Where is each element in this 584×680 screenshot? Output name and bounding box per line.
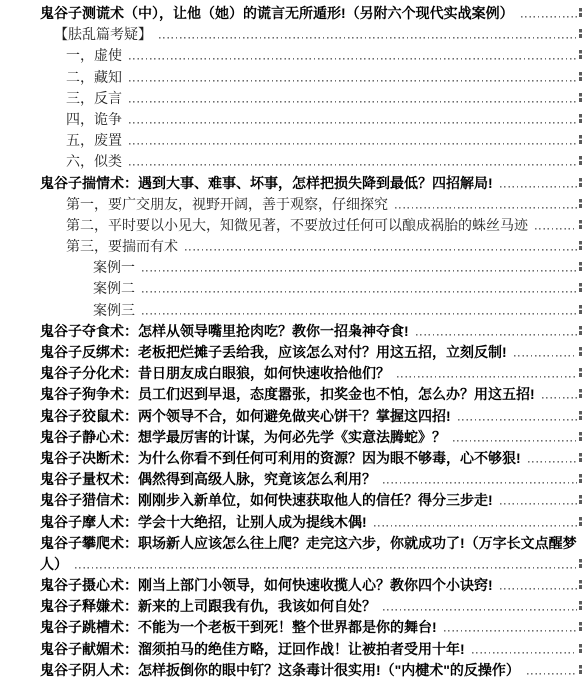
dot-leader bbox=[374, 512, 577, 533]
dot-leader bbox=[527, 660, 577, 680]
dot-leader bbox=[397, 363, 577, 384]
dot-leader bbox=[383, 596, 577, 617]
dot-leader bbox=[129, 130, 577, 151]
page-number-fragment bbox=[579, 135, 582, 144]
page-number-fragment bbox=[579, 644, 582, 653]
dot-leader bbox=[514, 342, 577, 363]
toc-entry[interactable]: 鬼谷子跳槽术：不能为一个老板干到死！整个世界都是你的舞台! bbox=[40, 617, 582, 638]
toc-entry[interactable]: 【胠乱篇考疑】 bbox=[40, 24, 582, 45]
dot-leader bbox=[129, 45, 577, 66]
page-number-fragment bbox=[579, 72, 582, 81]
toc-entry[interactable]: 鬼谷子释嫌术：新来的上司跟我有仇，我该如何自处？ bbox=[40, 596, 582, 617]
toc-entry-label: 人） bbox=[40, 554, 68, 575]
toc-entry[interactable]: 鬼谷子阴人术：怎样扳倒你的眼中钉？这条毒计很实用!（"内楗术"的反操作） bbox=[40, 660, 582, 680]
page-number-fragment bbox=[579, 368, 582, 377]
toc-entry-label: 鬼谷子献媚术：溜须拍马的绝佳方略，迂回作战！让被拍者受用十年! bbox=[40, 639, 465, 660]
dot-leader bbox=[129, 88, 577, 109]
dot-leader bbox=[383, 469, 577, 490]
page-number-fragment bbox=[579, 432, 582, 441]
dot-leader bbox=[159, 24, 577, 45]
toc-entry[interactable]: 一，虚使 bbox=[40, 45, 582, 66]
toc-entry[interactable]: 三，反言 bbox=[40, 88, 582, 109]
toc-entry-label: 鬼谷子猎信术：刚刚步入新单位，如何快速获取他人的信任？得分三步走! bbox=[40, 490, 493, 511]
toc-entry-label: 鬼谷子决断术：为什么你看不到任何可利用的资源？因为眼不够毒，心不够狠! bbox=[40, 448, 521, 469]
page-number-fragment bbox=[579, 453, 582, 462]
toc-entry[interactable]: 鬼谷子摄心术：刚当上部门小领导，如何快速收揽人心？教你四个小诀窍! bbox=[40, 575, 582, 596]
dot-leader bbox=[528, 448, 577, 469]
toc-entry-label: 鬼谷子狗争术：员工们迟到早退，态度嚣张，扣奖金也不怕，怎么办？用这五招! bbox=[40, 384, 535, 405]
dot-leader bbox=[500, 490, 577, 511]
page-number-fragment bbox=[579, 326, 582, 335]
page-number-fragment bbox=[579, 50, 582, 59]
dot-leader bbox=[444, 617, 577, 638]
toc-entry-label: 一，虚使 bbox=[66, 45, 122, 66]
dot-leader bbox=[142, 278, 577, 299]
toc-entry-label: 鬼谷子夺食术：怎样从领导嘴里抢肉吃？教你一招枭神夺食! bbox=[40, 321, 409, 342]
dot-leader bbox=[500, 173, 577, 194]
toc-entry[interactable]: 六，似类 bbox=[40, 151, 582, 172]
toc-entry[interactable]: 第一，要广交朋友，视野开阔，善于观察，仔细探究 bbox=[40, 194, 582, 215]
toc-entry-label: 鬼谷子阴人术：怎样扳倒你的眼中钉？这条毒计很实用!（"内楗术"的反操作） bbox=[40, 660, 520, 680]
toc-entry-label: 鬼谷子狡鼠术：两个领导不合，如何避免做夹心饼干？掌握这四招! bbox=[40, 406, 451, 427]
toc-entry-label: 二，藏知 bbox=[66, 67, 122, 88]
toc-entry[interactable]: 鬼谷子献媚术：溜须拍马的绝佳方略，迂回作战！让被拍者受用十年! bbox=[40, 639, 582, 660]
toc-entry[interactable]: 案例一 bbox=[40, 257, 582, 278]
toc-entry-label: 鬼谷子静心术：想学最厉害的计谋，为何必先学《实意法腾蛇》？ bbox=[40, 427, 446, 448]
dot-leader bbox=[129, 67, 577, 88]
dot-leader bbox=[542, 384, 577, 405]
toc-entry[interactable]: 鬼谷子猎信术：刚刚步入新单位，如何快速获取他人的信任？得分三步走! bbox=[40, 490, 582, 511]
dot-leader bbox=[129, 109, 577, 130]
dot-leader bbox=[129, 151, 577, 172]
dot-leader bbox=[521, 3, 577, 24]
page-number-fragment bbox=[579, 665, 582, 674]
toc-entry-label: 四，诡争 bbox=[66, 109, 122, 130]
toc-entry-label: 五，废置 bbox=[66, 130, 122, 151]
toc-entry[interactable]: 第三，要揣而有术 bbox=[40, 236, 582, 257]
toc-entry-label: 案例二 bbox=[93, 278, 135, 299]
page-number-fragment bbox=[579, 114, 582, 123]
toc-entry[interactable]: 鬼谷子测谎术（中），让他（她）的谎言无所遁形!（另附六个现代实战案例） bbox=[40, 3, 582, 24]
page-number-fragment bbox=[579, 347, 582, 356]
toc-entry-label: 鬼谷子揣情术：遇到大事、难事、坏事，怎样把损失降到最低？四招解局! bbox=[40, 173, 493, 194]
page-number-fragment bbox=[579, 283, 582, 292]
toc-entry-label: 第三，要揣而有术 bbox=[66, 236, 178, 257]
toc-entry[interactable]: 四，诡争 bbox=[40, 109, 582, 130]
toc-entry[interactable]: 五，废置 bbox=[40, 130, 582, 151]
toc-entry[interactable]: 鬼谷子分化术：昔日朋友成白眼狼，如何快速收拾他们？ bbox=[40, 363, 582, 384]
toc-entry[interactable]: 二，藏知 bbox=[40, 67, 582, 88]
toc-entry-continuation[interactable]: 人） bbox=[40, 554, 582, 575]
page-number-fragment bbox=[579, 8, 582, 17]
page-number-fragment bbox=[579, 262, 582, 271]
dot-leader bbox=[458, 406, 577, 427]
toc-entry[interactable]: 第二，平时要以小见大，知微见著，不要放过任何可以酿成祸胎的蛛丝马迹 bbox=[40, 215, 582, 236]
toc-entry-label: 鬼谷子跳槽术：不能为一个老板干到死！整个世界都是你的舞台! bbox=[40, 617, 437, 638]
toc-entry[interactable]: 案例三 bbox=[40, 300, 582, 321]
toc-entry-label: 【胠乱篇考疑】 bbox=[54, 24, 152, 45]
page-number-fragment bbox=[579, 517, 582, 526]
toc-entry[interactable]: 鬼谷子量权术：偶然得到高级人脉，究竟该怎么利用？ bbox=[40, 469, 582, 490]
toc-entry[interactable]: 鬼谷子静心术：想学最厉害的计谋，为何必先学《实意法腾蛇》？ bbox=[40, 427, 582, 448]
toc-entry-label: 三，反言 bbox=[66, 88, 122, 109]
toc-entry-label: 六，似类 bbox=[66, 151, 122, 172]
dot-leader bbox=[535, 215, 577, 236]
page-number-fragment bbox=[579, 199, 582, 208]
page-number-fragment bbox=[579, 241, 582, 250]
dot-leader bbox=[142, 300, 577, 321]
toc-entry-label: 第一，要广交朋友，视野开阔，善于观察，仔细探究 bbox=[66, 194, 388, 215]
page-number-fragment bbox=[579, 411, 582, 420]
toc-entry[interactable]: 鬼谷子揣情术：遇到大事、难事、坏事，怎样把损失降到最低？四招解局! bbox=[40, 173, 582, 194]
toc-entry[interactable]: 案例二 bbox=[40, 278, 582, 299]
page-number-fragment bbox=[579, 93, 582, 102]
page-number-fragment bbox=[579, 622, 582, 631]
toc-entry-label: 案例一 bbox=[93, 257, 135, 278]
toc-entry-label: 鬼谷子攀爬术：职场新人应该怎么往上爬？走完这六步，你就成功了!（万字长文点醒梦 bbox=[40, 533, 577, 554]
toc-entry[interactable]: 鬼谷子夺食术：怎样从领导嘴里抢肉吃？教你一招枭神夺食! bbox=[40, 321, 582, 342]
toc-entry-label: 鬼谷子摄心术：刚当上部门小领导，如何快速收揽人心？教你四个小诀窍! bbox=[40, 575, 493, 596]
dot-leader bbox=[500, 575, 577, 596]
toc-entry-label: 案例三 bbox=[93, 300, 135, 321]
page-number-fragment bbox=[579, 389, 582, 398]
page-number-fragment bbox=[579, 305, 582, 314]
page-number-fragment bbox=[579, 474, 582, 483]
dot-leader bbox=[453, 427, 577, 448]
toc-entry-label: 鬼谷子释嫌术：新来的上司跟我有仇，我该如何自处？ bbox=[40, 596, 376, 617]
page-number-fragment bbox=[579, 156, 582, 165]
dot-leader bbox=[395, 194, 577, 215]
toc-entry[interactable]: 鬼谷子狗争术：员工们迟到早退，态度嚣张，扣奖金也不怕，怎么办？用这五招! bbox=[40, 384, 582, 405]
toc-entry-label: 鬼谷子摩人术：学会十大绝招，让别人成为提线木偶! bbox=[40, 512, 367, 533]
page-number-fragment bbox=[579, 580, 582, 589]
toc-entry[interactable]: 鬼谷子决断术：为什么你看不到任何可利用的资源？因为眼不够毒，心不够狠! bbox=[40, 448, 582, 469]
dot-leader bbox=[142, 257, 577, 278]
toc-entry-label: 鬼谷子量权术：偶然得到高级人脉，究竟该怎么利用？ bbox=[40, 469, 376, 490]
page-number-fragment bbox=[579, 29, 582, 38]
toc-entry-label: 鬼谷子分化术：昔日朋友成白眼狼，如何快速收拾他们？ bbox=[40, 363, 390, 384]
toc-entry[interactable]: 鬼谷子狡鼠术：两个领导不合，如何避免做夹心饼干？掌握这四招! bbox=[40, 406, 582, 427]
page-number-fragment bbox=[579, 559, 582, 568]
toc-entry-label: 鬼谷子测谎术（中），让他（她）的谎言无所遁形!（另附六个现代实战案例） bbox=[40, 3, 514, 24]
toc-page: 鬼谷子测谎术（中），让他（她）的谎言无所遁形!（另附六个现代实战案例） 【胠乱篇… bbox=[0, 0, 584, 680]
page-number-fragment bbox=[579, 220, 582, 229]
toc-entry-label: 第二，平时要以小见大，知微见著，不要放过任何可以酿成祸胎的蛛丝马迹 bbox=[66, 215, 528, 236]
dot-leader bbox=[185, 236, 577, 257]
page-number-fragment bbox=[579, 601, 582, 610]
dot-leader bbox=[416, 321, 577, 342]
toc-entry[interactable]: 鬼谷子摩人术：学会十大绝招，让别人成为提线木偶! bbox=[40, 512, 582, 533]
page-number-fragment bbox=[579, 178, 582, 187]
toc-entry-label: 鬼谷子反绑术：老板把烂摊子丢给我，应该怎么对付？用这五招，立刻反制! bbox=[40, 342, 507, 363]
dot-leader bbox=[472, 639, 577, 660]
toc-entry[interactable]: 鬼谷子反绑术：老板把烂摊子丢给我，应该怎么对付？用这五招，立刻反制! bbox=[40, 342, 582, 363]
toc-entry[interactable]: 鬼谷子攀爬术：职场新人应该怎么往上爬？走完这六步，你就成功了!（万字长文点醒梦 bbox=[40, 533, 582, 554]
page-number-fragment bbox=[579, 495, 582, 504]
dot-leader bbox=[75, 554, 577, 575]
